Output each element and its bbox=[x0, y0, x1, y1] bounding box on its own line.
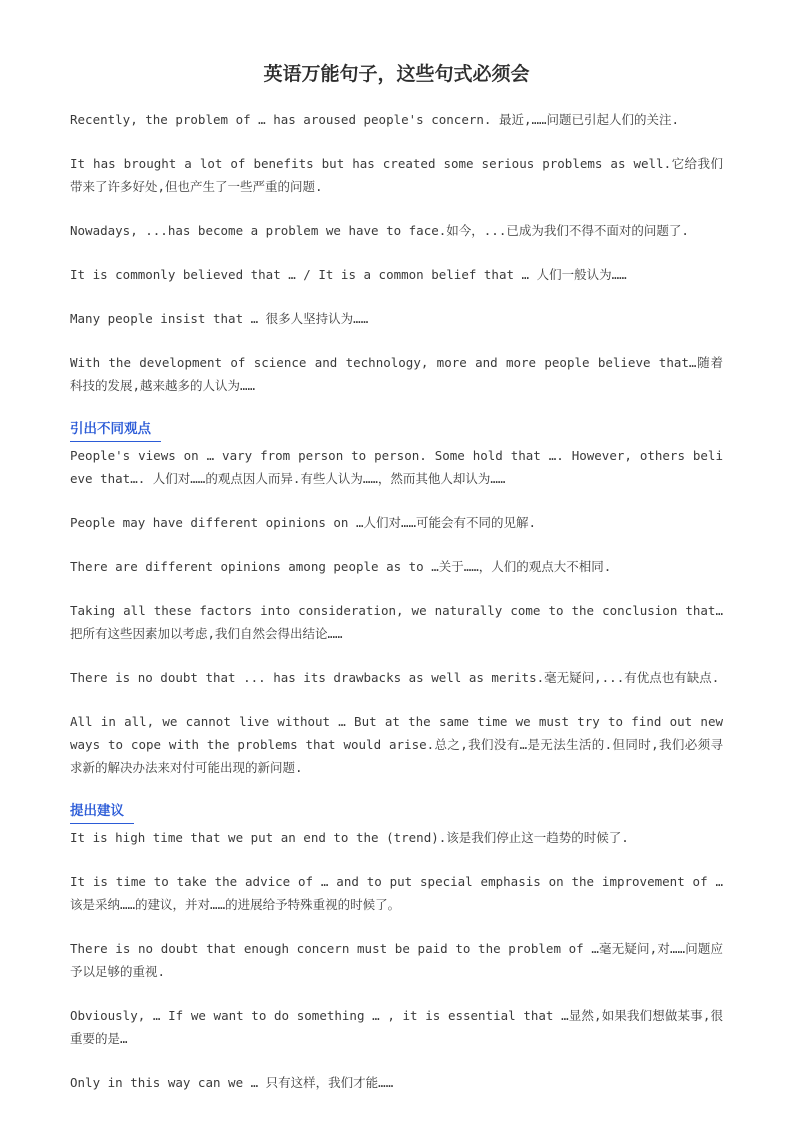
section-heading-different-views: 引出不同观点 bbox=[70, 418, 723, 442]
paragraph: Recently, the problem of … has aroused p… bbox=[70, 108, 723, 131]
paragraph: Obviously, … If we want to do something … bbox=[70, 1004, 723, 1050]
paragraph: There is no doubt that ... has its drawb… bbox=[70, 666, 723, 689]
paragraph: People may have different opinions on …人… bbox=[70, 511, 723, 534]
paragraph: It is time to take the advice of … and t… bbox=[70, 870, 723, 916]
document-page: 英语万能句子，这些句式必须会 Recently, the problem of … bbox=[0, 0, 793, 1122]
paragraph: Taking all these factors into considerat… bbox=[70, 599, 723, 645]
paragraph: There is no doubt that enough concern mu… bbox=[70, 937, 723, 983]
paragraph: People's views on … vary from person to … bbox=[70, 444, 723, 490]
section-heading-suggestions: 提出建议 bbox=[70, 800, 723, 824]
paragraph: With the development of science and tech… bbox=[70, 351, 723, 397]
paragraph: Nowadays, ...has become a problem we hav… bbox=[70, 219, 723, 242]
section-heading-different-views-link[interactable]: 引出不同观点 bbox=[70, 418, 161, 442]
paragraph: It is high time that we put an end to th… bbox=[70, 826, 723, 849]
paragraph: Many people insist that … 很多人坚持认为…… bbox=[70, 307, 723, 330]
paragraph: It has brought a lot of benefits but has… bbox=[70, 152, 723, 198]
document-title: 英语万能句子，这些句式必须会 bbox=[70, 60, 723, 90]
paragraph: There are different opinions among peopl… bbox=[70, 555, 723, 578]
paragraph: Only in this way can we … 只有这样，我们才能…… bbox=[70, 1071, 723, 1094]
section-heading-suggestions-link[interactable]: 提出建议 bbox=[70, 800, 134, 824]
paragraph: It is commonly believed that … / It is a… bbox=[70, 263, 723, 286]
paragraph: All in all, we cannot live without … But… bbox=[70, 710, 723, 779]
